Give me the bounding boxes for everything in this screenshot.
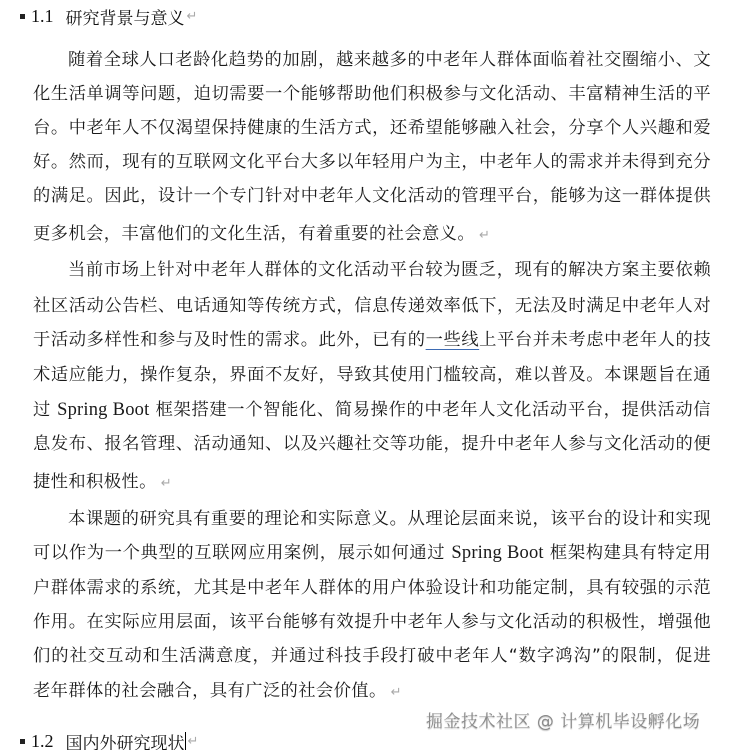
text-line: 术适应能力，操作复杂，界面不友好，导致其使用门槛较高，难以普及。本课题旨在通 (33, 362, 711, 388)
heading-bullet-icon (20, 739, 25, 744)
text-line: 作用。在实际应用层面，该平台能够有效提升中老年人参与文化活动的积极性，增强他 (33, 609, 711, 635)
text-line: 台。中老年人不仅渴望保持健康的生活方式，还希望能够融入社会，分享个人兴趣和爱 (33, 115, 711, 141)
paragraph-mark-icon: ↵ (479, 228, 490, 243)
paragraph-mark-icon: ↵ (187, 9, 198, 24)
text-run: 上平台并未考虑中老年人的技 (479, 330, 711, 350)
section-heading-1-1[interactable]: 1.1 研究背景与意义 ↵ (20, 3, 197, 29)
text-line: 们的社交互动和生活满意度，并通过科技手段打破中老年人“数字鸿沟”的限制，促进 (33, 643, 711, 669)
text-line: 社区活动公告栏、电话通知等传统方式，信息传递效率低下，无法及时满足中老年人对 (33, 293, 711, 319)
heading-number: 1.1 (31, 6, 54, 27)
text-run: 框架搭建一个智能化、简易操作的中老年人文化活动平台，提供活动信 (156, 400, 711, 420)
paragraph-mark-icon: ↵ (188, 734, 199, 749)
text-line: 的满足。因此，设计一个专门针对中老年人文化活动的管理平台，能够为这一群体提供 (33, 183, 711, 209)
text-line: 化生活单调等问题，迫切需要一个能够帮助他们积极参与文化活动、丰富精神生活的平 (33, 81, 711, 107)
text-line-last: 老年群体的社会融合，具有广泛的社会价值。↵ (33, 678, 711, 704)
text-line-last: 更多机会，丰富他们的文化生活，有着重要的社会意义。↵ (33, 221, 711, 247)
text-line: 本课题的研究具有重要的理论和实际意义。从理论层面来说，该平台的设计和实现 (68, 506, 711, 532)
text-run: 捷性和积极性。 (33, 472, 157, 492)
text-run-latin: Spring Boot (57, 400, 149, 420)
heading-number: 1.2 (31, 731, 54, 750)
text-run: 老年群体的社会融合，具有广泛的社会价值。 (33, 681, 387, 701)
paragraph-mark-icon: ↵ (391, 685, 402, 700)
text-cursor (185, 732, 186, 750)
heading-bullet-icon (20, 14, 25, 19)
text-line: 随着全球人口老龄化趋势的加剧，越来越多的中老年人群体面临着社交圈缩小、文 (68, 47, 711, 73)
text-run: 可以作为一个典型的互联网应用案例，展示如何通过 (33, 543, 445, 563)
text-line: 当前市场上针对中老年人群体的文化活动平台较为匮乏，现有的解决方案主要依赖 (68, 257, 711, 283)
text-line: 户群体需求的系统，尤其是中老年人群体的用户体验设计和功能定制，具有较强的示范 (33, 575, 711, 601)
text-run: 更多机会，丰富他们的文化生活，有着重要的社会意义。 (33, 224, 475, 244)
text-run-latin: Spring Boot (451, 543, 543, 563)
text-line: 好。然而，现有的互联网文化平台大多以年轻用户为主，中老年人的需求并未得到充分 (33, 149, 711, 175)
section-heading-1-2[interactable]: 1.2 国内外研究现状↵ (20, 728, 198, 750)
text-run: 过 (33, 400, 51, 420)
text-line: 过 Spring Boot 框架搭建一个智能化、简易操作的中老年人文化活动平台，… (33, 397, 711, 423)
text-line-last: 捷性和积极性。↵ (33, 469, 711, 495)
text-run: 框架构建具有特定用 (550, 543, 711, 563)
grammar-underlined-text[interactable]: 一些线 (426, 330, 480, 350)
heading-title: 国内外研究现状 (66, 729, 185, 750)
text-line: 可以作为一个典型的互联网应用案例，展示如何通过 Spring Boot 框架构建… (33, 540, 711, 566)
watermark: 掘金技术社区 @ 计算机毕设孵化场 (426, 707, 700, 732)
text-run: 于活动多样性和参与及时性的需求。此外，已有的 (33, 330, 426, 350)
heading-title: 研究背景与意义 (66, 4, 185, 29)
text-line: 息发布、报名管理、活动通知、以及兴趣社交等功能，提升中老年人参与文化活动的便 (33, 431, 711, 457)
text-line: 于活动多样性和参与及时性的需求。此外，已有的一些线上平台并未考虑中老年人的技 (33, 327, 711, 353)
paragraph-mark-icon: ↵ (161, 476, 172, 491)
